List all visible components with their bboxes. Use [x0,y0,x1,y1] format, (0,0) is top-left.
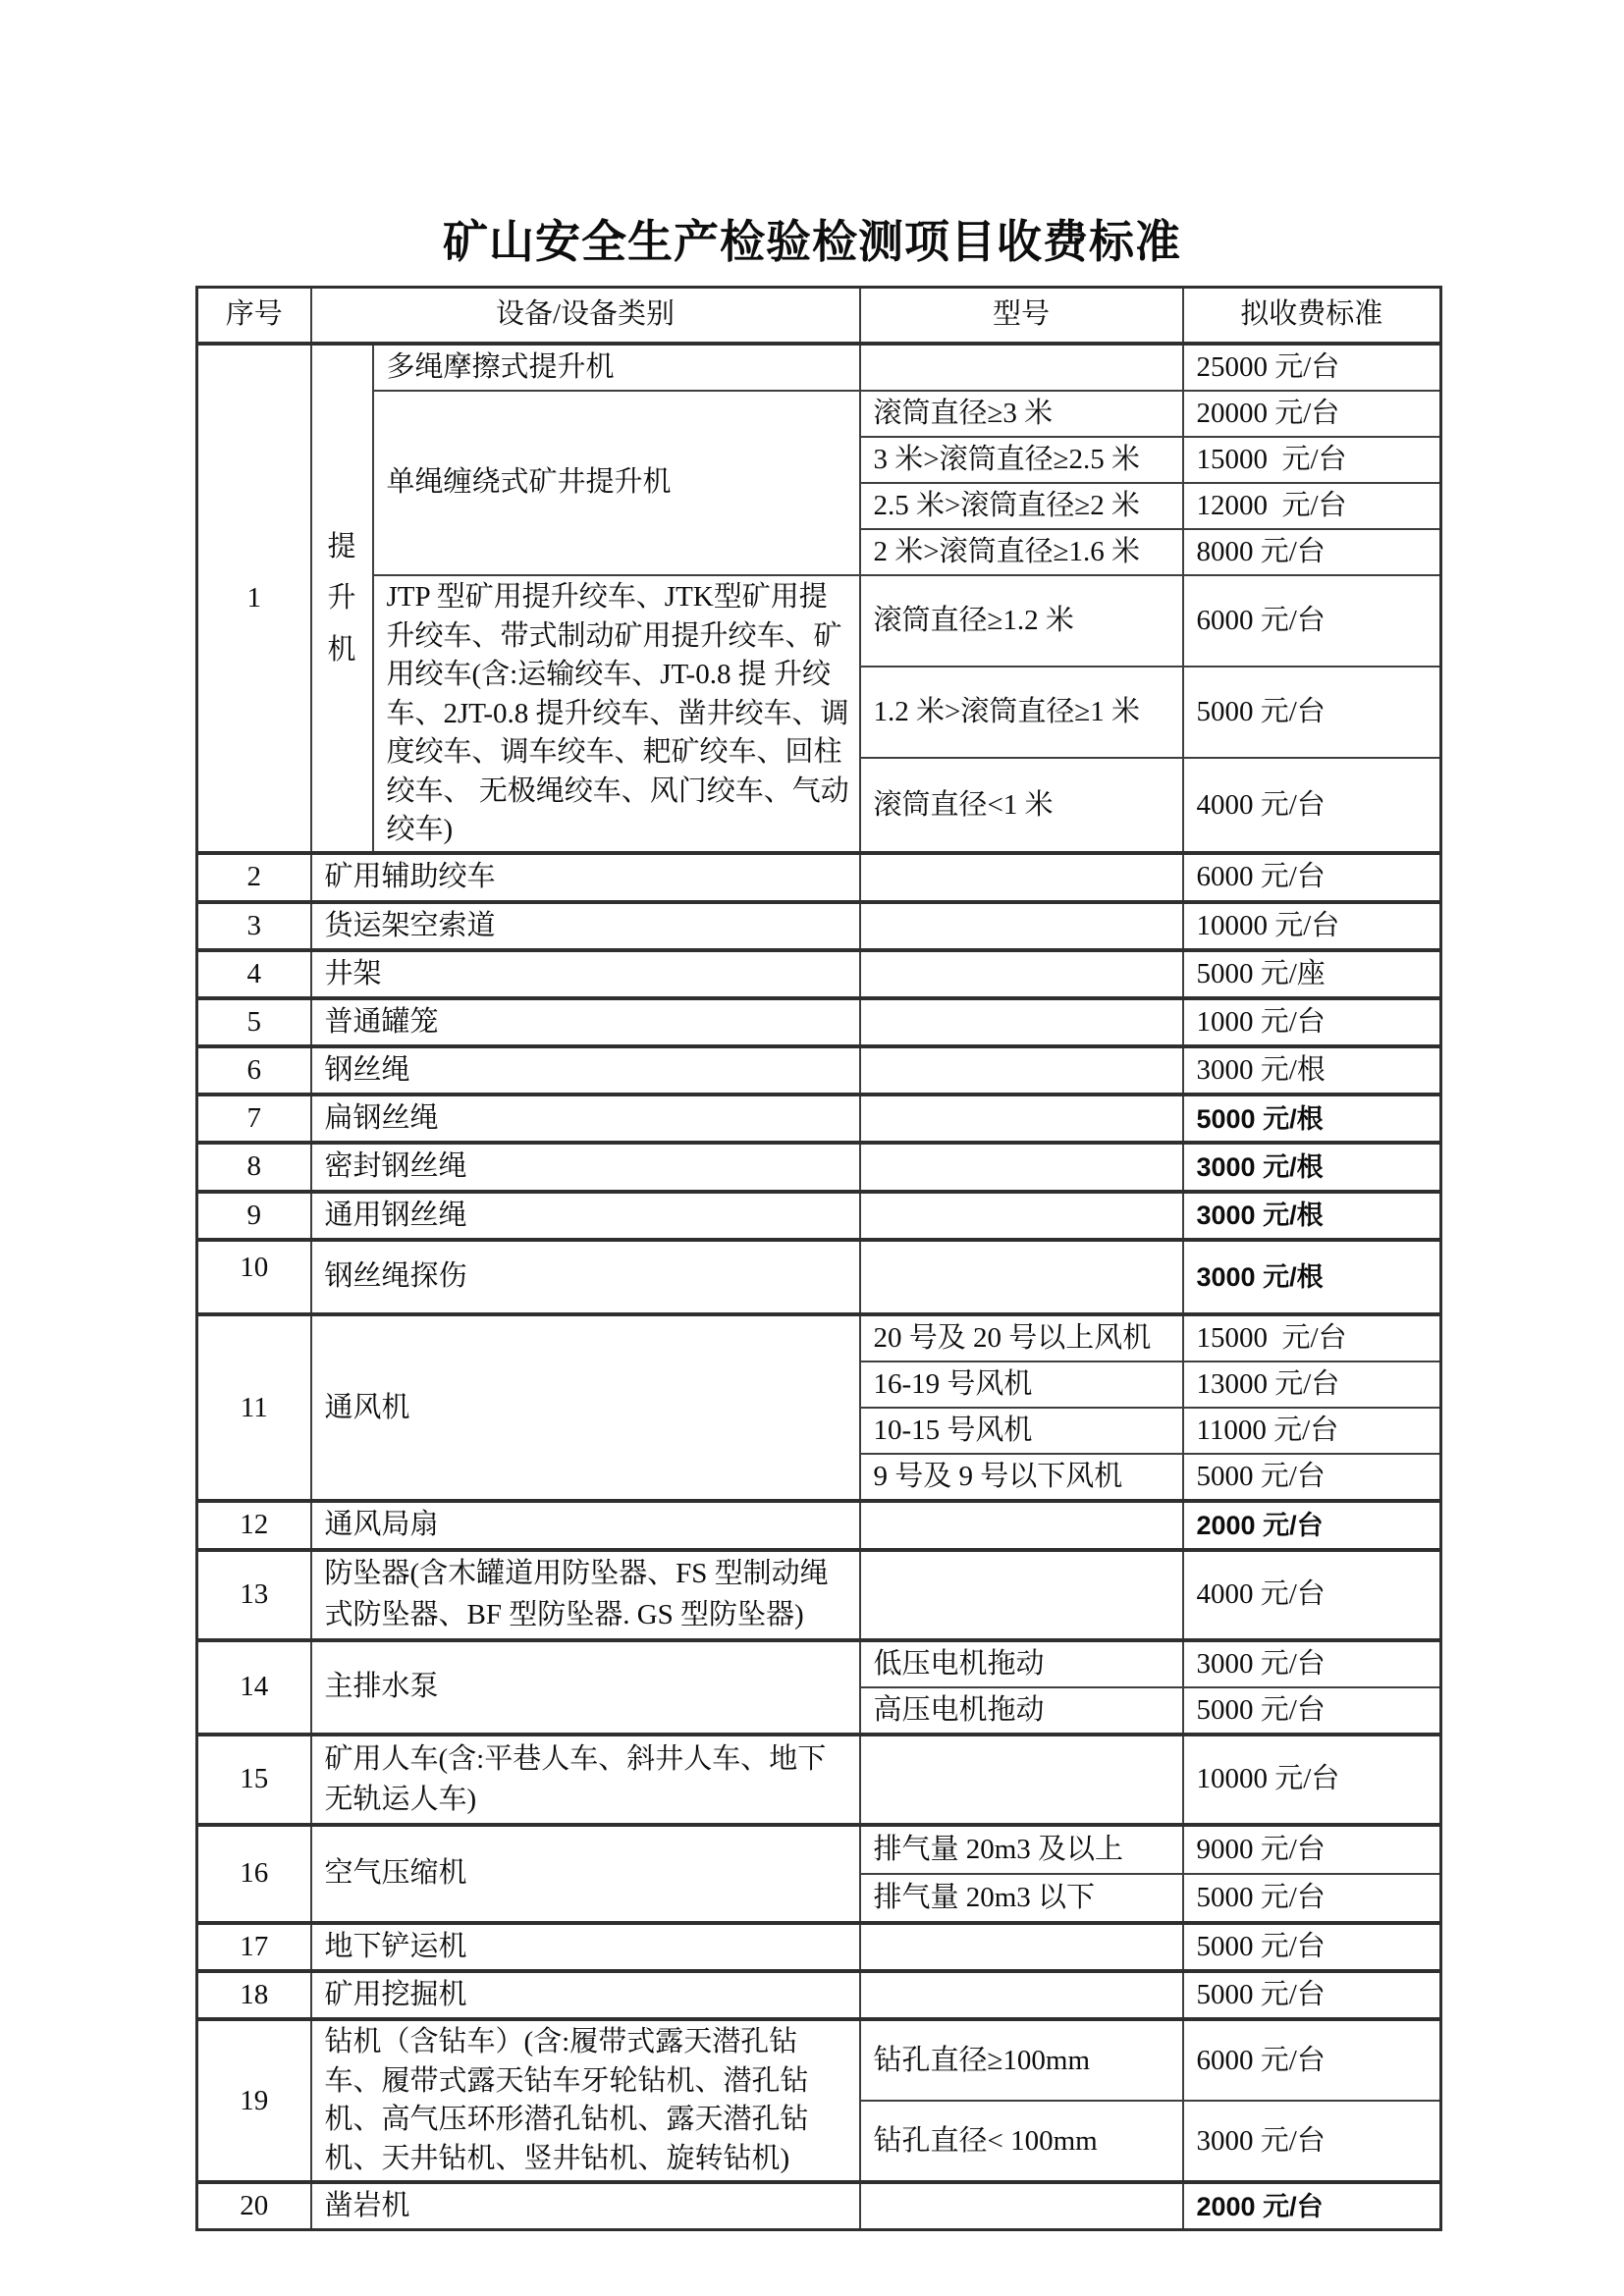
fee-cell: 5000 元/台 [1183,1923,1441,1971]
device-cell: 主排水泵 [311,1640,860,1735]
fee-cell: 25000 元/台 [1183,344,1441,391]
model-cell-empty [860,1143,1183,1191]
model-cell: 10-15 号风机 [860,1408,1183,1454]
model-cell: 滚筒直径≥1.2 米 [860,575,1183,667]
serial-cell: 6 [197,1046,311,1095]
device-cell: 空气压缩机 [311,1825,860,1923]
serial-cell: 15 [197,1735,311,1825]
model-cell: 排气量 20m3 及以上 [860,1825,1183,1874]
device-cell: 通风机 [311,1314,860,1502]
fee-cell: 9000 元/台 [1183,1825,1441,1874]
device-cell: 多绳摩擦式提升机 [373,344,860,391]
model-cell-empty [860,1923,1183,1971]
device-cell: 密封钢丝绳 [311,1143,860,1191]
fee-cell: 5000 元/台 [1183,1454,1441,1501]
model-cell-empty [860,902,1183,950]
model-cell-empty [860,1046,1183,1095]
model-cell: 16-19 号风机 [860,1362,1183,1408]
serial-cell: 8 [197,1143,311,1191]
serial-cell: 3 [197,902,311,950]
fee-cell: 3000 元/台 [1183,2101,1441,2182]
fee-cell: 5000 元/台 [1183,1971,1441,2019]
serial-cell: 14 [197,1640,311,1735]
model-cell-empty [860,1240,1183,1314]
device-cell: 钢丝绳探伤 [311,1240,860,1314]
device-cell: 井架 [311,950,860,998]
serial-cell: 2 [197,853,311,901]
model-cell-empty [860,1095,1183,1143]
model-cell-empty [860,344,1183,391]
model-cell-empty [860,1971,1183,2019]
header-device: 设备/设备类别 [311,288,860,344]
fee-cell: 13000 元/台 [1183,1362,1441,1408]
fee-cell: 3000 元/根 [1183,1240,1441,1314]
document-page: 矿山安全生产检验检测项目收费标准 序号 设备/设备类别 型号 拟收费标准 1 提… [0,0,1624,2296]
fee-cell: 10000 元/台 [1183,902,1441,950]
model-cell-empty [860,950,1183,998]
serial-cell: 7 [197,1095,311,1143]
fee-cell: 20000 元/台 [1183,391,1441,437]
device-cell: 防坠器(含木罐道用防坠器、FS 型制动绳式防坠器、BF 型防坠器. GS 型防坠… [311,1550,860,1640]
fee-cell: 12000 元/台 [1183,483,1441,529]
header-fee: 拟收费标准 [1183,288,1441,344]
serial-cell: 20 [197,2182,311,2230]
fee-cell: 3000 元/根 [1183,1046,1441,1095]
model-cell: 20 号及 20 号以上风机 [860,1314,1183,1362]
category-vertical-label: 提升机 [327,521,357,675]
fee-cell: 4000 元/台 [1183,1550,1441,1640]
model-cell-empty [860,853,1183,901]
serial-cell: 10 [197,1240,311,1314]
fee-cell: 10000 元/台 [1183,1735,1441,1825]
model-cell-empty [860,1501,1183,1549]
device-cell: 矿用人车(含:平巷人车、斜井人车、地下无轨运人车) [311,1735,860,1825]
model-cell: 钻孔直径< 100mm [860,2101,1183,2182]
fee-cell: 5000 元/根 [1183,1095,1441,1143]
serial-cell: 11 [197,1314,311,1502]
fee-cell: 15000 元/台 [1183,437,1441,483]
fee-cell: 2000 元/台 [1183,2182,1441,2230]
model-cell-empty [860,1735,1183,1825]
serial-cell: 19 [197,2019,311,2182]
model-cell: 钻孔直径≥100mm [860,2019,1183,2101]
fee-cell: 6000 元/台 [1183,2019,1441,2101]
serial-cell: 5 [197,998,311,1046]
model-cell: 排气量 20m3 以下 [860,1874,1183,1923]
fee-cell: 3000 元/根 [1183,1143,1441,1191]
fee-cell: 15000 元/台 [1183,1314,1441,1362]
model-cell-empty [860,998,1183,1046]
device-cell: 凿岩机 [311,2182,860,2230]
header-serial: 序号 [197,288,311,344]
model-cell: 2.5 米>滚筒直径≥2 米 [860,483,1183,529]
device-cell: 矿用挖掘机 [311,1971,860,2019]
device-cell: 普通罐笼 [311,998,860,1046]
device-cell: 钢丝绳 [311,1046,860,1095]
fee-cell: 3000 元/根 [1183,1192,1441,1240]
fee-standard-table: 序号 设备/设备类别 型号 拟收费标准 1 提升机 多绳摩擦式提升机 25000… [195,286,1442,2231]
fee-cell: 11000 元/台 [1183,1408,1441,1454]
serial-cell: 16 [197,1825,311,1923]
model-cell: 2 米>滚筒直径≥1.6 米 [860,529,1183,575]
fee-cell: 1000 元/台 [1183,998,1441,1046]
page-title: 矿山安全生产检验检测项目收费标准 [0,206,1624,271]
fee-cell: 5000 元/台 [1183,667,1441,758]
fee-cell: 6000 元/台 [1183,575,1441,667]
serial-cell: 12 [197,1501,311,1549]
fee-cell: 6000 元/台 [1183,853,1441,901]
model-cell: 1.2 米>滚筒直径≥1 米 [860,667,1183,758]
model-cell-empty [860,1550,1183,1640]
device-cell: 钻机（含钻车）(含:履带式露天潜孔钻车、履带式露天钻车牙轮钻机、潜孔钻机、高气压… [311,2019,860,2182]
model-cell-empty [860,2182,1183,2230]
device-cell: 通用钢丝绳 [311,1192,860,1240]
device-cell: 矿用辅助绞车 [311,853,860,901]
device-cell: 货运架空索道 [311,902,860,950]
serial-cell: 4 [197,950,311,998]
device-cell: JTP 型矿用提升绞车、JTK型矿用提升绞车、带式制动矿用提升绞车、矿用绞车(含… [373,575,860,853]
fee-cell: 5000 元/台 [1183,1687,1441,1735]
device-cell: 地下铲运机 [311,1923,860,1971]
model-cell: 3 米>滚筒直径≥2.5 米 [860,437,1183,483]
fee-cell: 5000 元/台 [1183,1874,1441,1923]
model-cell: 低压电机拖动 [860,1640,1183,1687]
category-vertical-cell: 提升机 [311,344,373,854]
model-cell: 滚筒直径≥3 米 [860,391,1183,437]
serial-cell: 1 [197,344,311,854]
device-cell: 扁钢丝绳 [311,1095,860,1143]
fee-cell: 4000 元/台 [1183,758,1441,853]
model-cell: 9 号及 9 号以下风机 [860,1454,1183,1501]
fee-cell: 8000 元/台 [1183,529,1441,575]
fee-cell: 5000 元/座 [1183,950,1441,998]
model-cell-empty [860,1192,1183,1240]
model-cell: 滚筒直径<1 米 [860,758,1183,853]
model-cell: 高压电机拖动 [860,1687,1183,1735]
serial-cell: 9 [197,1192,311,1240]
serial-cell: 17 [197,1923,311,1971]
fee-cell: 2000 元/台 [1183,1501,1441,1549]
serial-cell: 13 [197,1550,311,1640]
serial-cell: 18 [197,1971,311,2019]
device-cell: 通风局扇 [311,1501,860,1549]
header-model: 型号 [860,288,1183,344]
device-cell: 单绳缠绕式矿井提升机 [373,391,860,576]
fee-cell: 3000 元/台 [1183,1640,1441,1687]
